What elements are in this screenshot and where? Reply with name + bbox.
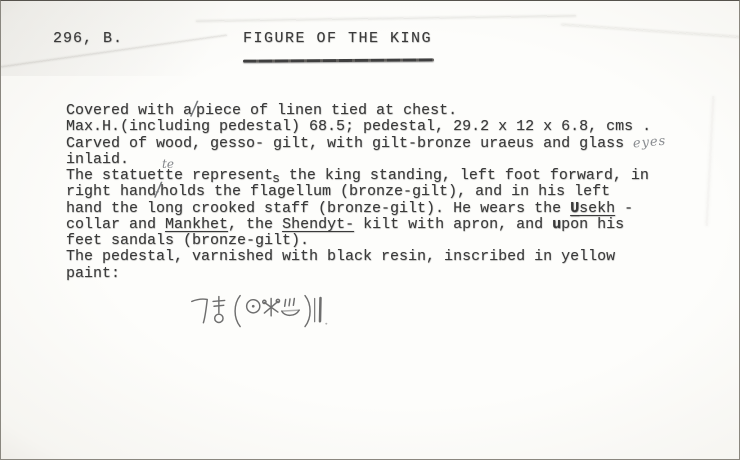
insert-space-mark: / xyxy=(191,108,197,109)
typed-text: collar and xyxy=(66,216,165,233)
typed-text: Carved of wood, gesso- gilt, with gilt-b… xyxy=(66,135,633,152)
line-paint: paint: xyxy=(66,265,667,281)
line-dimensions: Max.H.(including pedestal) 68.5; pedesta… xyxy=(66,118,667,134)
cartouche-open-icon xyxy=(235,296,240,327)
typed-text: te represent xyxy=(165,167,273,184)
line-pedestal: The pedestal, varnished with black resin… xyxy=(66,248,667,264)
typed-text: feet sandals (bronze-gilt). xyxy=(66,232,309,249)
typed-text: - xyxy=(615,200,633,217)
typed-text: holds the flagellum (bronze-gilt), and i… xyxy=(160,183,610,200)
typed-text: Covered with a xyxy=(66,102,192,119)
line-carved: Carved of wood, gesso- gilt, with gilt-b… xyxy=(66,135,667,151)
line-covered: Covered with a/piece of linen tied at ch… xyxy=(66,102,667,118)
line-inlaid: inlaid. xyxy=(66,151,667,167)
flag-sign-icon xyxy=(192,299,207,323)
typed-text: pon his xyxy=(561,216,624,233)
typed-text: hand the l xyxy=(66,200,156,217)
squeezed-s: s xyxy=(272,171,280,186)
kheper-star-sign-icon xyxy=(263,299,280,316)
typed-text: kilt with apron, and xyxy=(354,216,552,233)
overstruck-u: u xyxy=(552,216,561,233)
typed-text: The pedestal, varnished with black resin… xyxy=(66,248,615,265)
paper-crease xyxy=(561,24,740,39)
nefer-sign-icon xyxy=(213,297,225,323)
typed-text: ong crooked staff (bronze-gilt). He wear… xyxy=(156,200,570,217)
scanned-document-page: 296, B. FIGURE OF THE KING Covered with … xyxy=(0,0,740,460)
word-shendyt: Shendyt- xyxy=(282,216,354,233)
cartouche-close-icon xyxy=(305,296,310,327)
pencil-word-eyes: eyes xyxy=(632,133,667,151)
vertical-stroke-marks-icon xyxy=(315,298,328,325)
line-sandals: feet sandals (bronze-gilt). xyxy=(66,232,667,248)
title-underline xyxy=(243,58,434,63)
catalog-number: 296, B. xyxy=(53,30,123,47)
typed-text: , the xyxy=(228,216,282,233)
line-staff: hand the lˇong crooked staff (bronze-gil… xyxy=(66,200,667,216)
typed-text: right hand xyxy=(66,183,156,200)
body-text: Covered with a/piece of linen tied at ch… xyxy=(66,102,667,281)
page-title: FIGURE OF THE KING xyxy=(243,30,432,47)
hieroglyph-inscription xyxy=(185,291,335,337)
typed-text: piece of linen tied at chest. xyxy=(196,102,457,119)
paper-shading xyxy=(1,1,281,76)
scan-smudge xyxy=(706,96,715,226)
word-mankhet: Mankhet xyxy=(165,216,228,233)
typed-text: The statuet xyxy=(66,167,165,184)
typed-text: paint: xyxy=(66,265,120,282)
plural-strokes-neb-basket-icon xyxy=(282,299,299,316)
ra-sun-disc-icon xyxy=(247,300,260,313)
typed-text: inlaid. xyxy=(66,151,129,168)
word-usekh: sekh xyxy=(579,200,615,217)
typed-text: the king standing, left foot forward, in xyxy=(280,167,649,184)
line-collar: collar and Mankhet, the Shendyt- kilt wi… xyxy=(66,216,667,232)
word-usekh: U xyxy=(570,200,579,217)
typed-text: Max.H.(including pedestal) 68.5; pedesta… xyxy=(66,118,651,135)
